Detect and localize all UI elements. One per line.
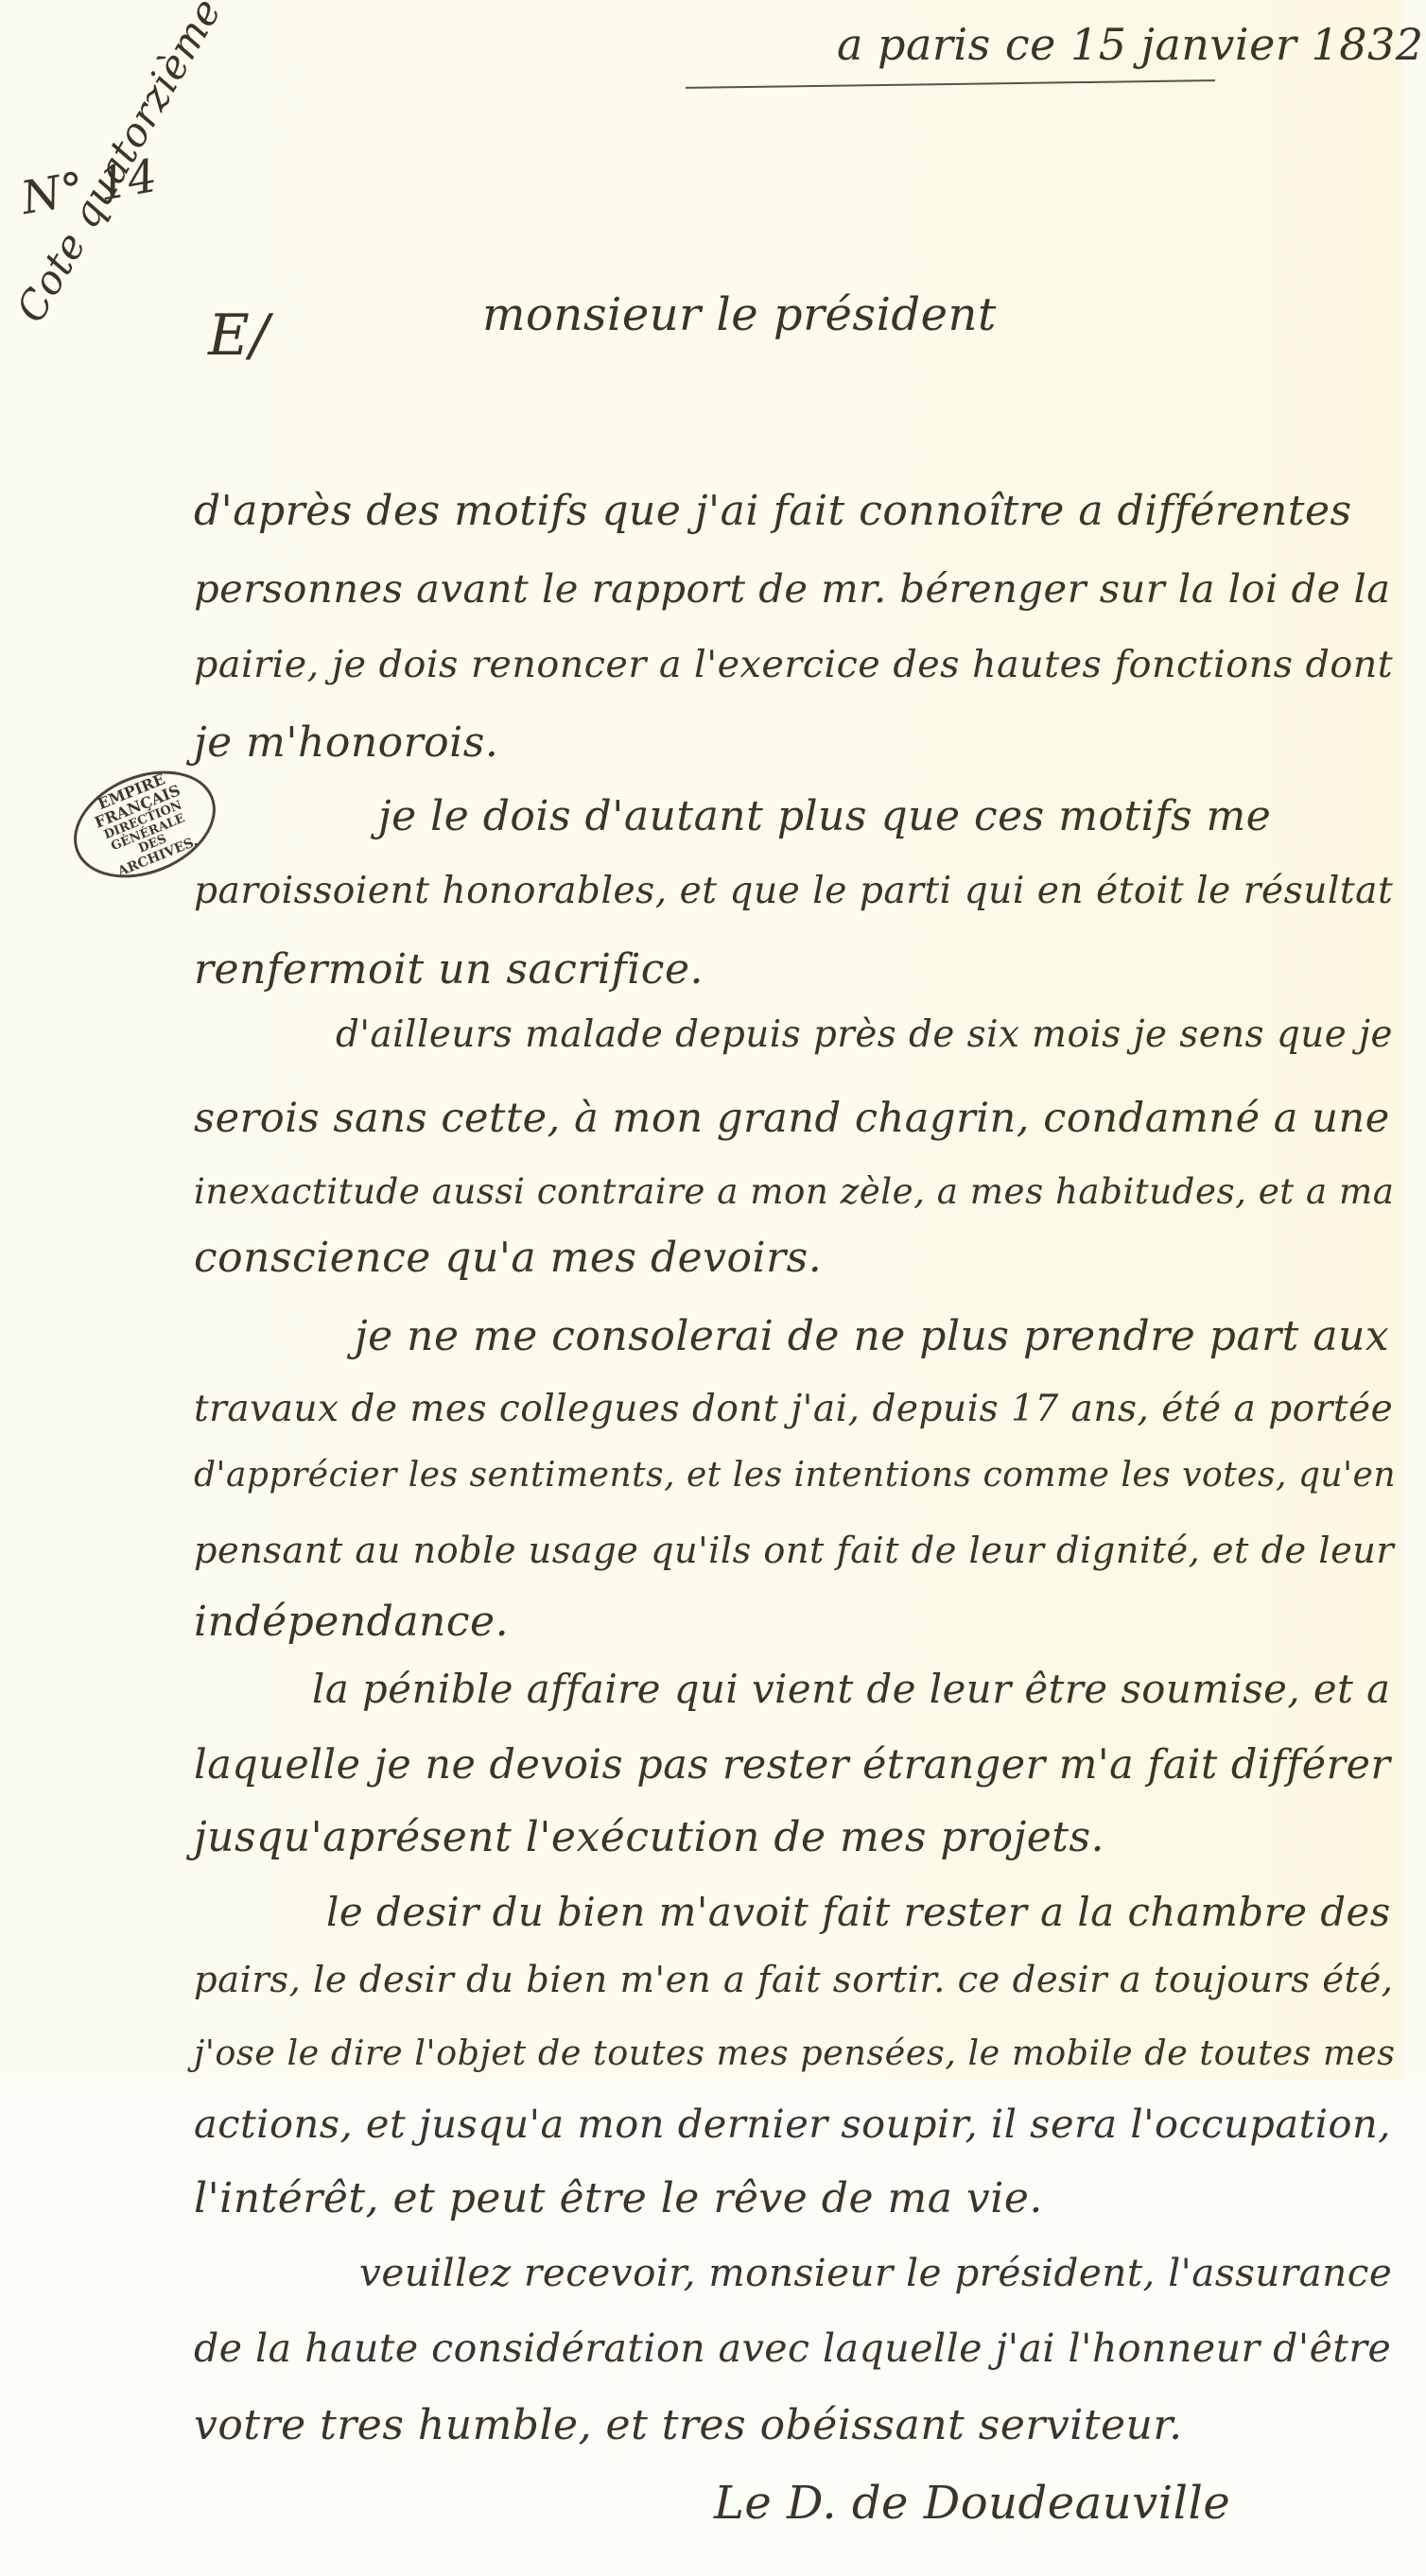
- letter-line: le desir du bien m'avoit fait rester a l…: [326, 1889, 1391, 1935]
- margin-initials: E/: [208, 303, 270, 369]
- letter-line: veuillez recevoir, monsieur le président…: [359, 2250, 1392, 2295]
- salutation: monsieur le président: [482, 288, 997, 341]
- letter-line: travaux de mes collegues dont j'ai, depu…: [194, 1388, 1393, 1430]
- letter-line: votre tres humble, et tres obéissant ser…: [194, 2401, 1183, 2449]
- letter-line: pairs, le desir du bien m'en a fait sort…: [194, 1959, 1394, 2001]
- letter-line: l'intérêt, et peut être le rêve de ma vi…: [194, 2174, 1043, 2222]
- letter-line: laquelle je ne devois pas rester étrange…: [194, 1741, 1390, 1789]
- letter-line: serois sans cette, à mon grand chagrin, …: [194, 1095, 1390, 1142]
- signature: Le D. de Doudeauville: [714, 2477, 1230, 2530]
- letter-line: conscience qu'a mes devoirs.: [194, 1234, 822, 1282]
- letter-line: indépendance.: [194, 1598, 509, 1646]
- letter-line: paroissoient honorables, et que le parti…: [194, 870, 1393, 912]
- letter-line: je ne me consolerai de ne plus prendre p…: [355, 1312, 1389, 1360]
- letter-line: pairie, je dois renoncer a l'exercice de…: [194, 643, 1393, 686]
- letter-line: pensant au noble usage qu'ils ont fait d…: [194, 1530, 1394, 1572]
- letter-line: je m'honorois.: [194, 718, 498, 767]
- letter-line: jusqu'aprésent l'exécution de mes projet…: [194, 1813, 1104, 1861]
- letter-line: la pénible affaire qui vient de leur êtr…: [312, 1666, 1391, 1712]
- letter-line: actions, et jusqu'a mon dernier soupir, …: [194, 2101, 1391, 2147]
- letter-line: je le dois d'autant plus que ces motifs …: [378, 792, 1271, 840]
- letter-line: j'ose le dire l'objet de toutes mes pens…: [194, 2032, 1396, 2073]
- letter-line: d'apprécier les sentiments, et les inten…: [194, 1456, 1396, 1495]
- letter-line: renfermoit un sacrifice.: [194, 945, 704, 994]
- place-date: a paris ce 15 janvier 1832: [837, 19, 1424, 70]
- letter-line: personnes avant le rapport de mr. béreng…: [194, 565, 1391, 612]
- letter-line: d'après des motifs que j'ai fait connoît…: [194, 487, 1352, 535]
- letter-line: de la haute considération avec laquelle …: [194, 2325, 1391, 2371]
- letter-line: d'ailleurs malade depuis près de six moi…: [336, 1013, 1393, 1056]
- letter-line: inexactitude aussi contraire a mon zèle,…: [194, 1170, 1394, 1212]
